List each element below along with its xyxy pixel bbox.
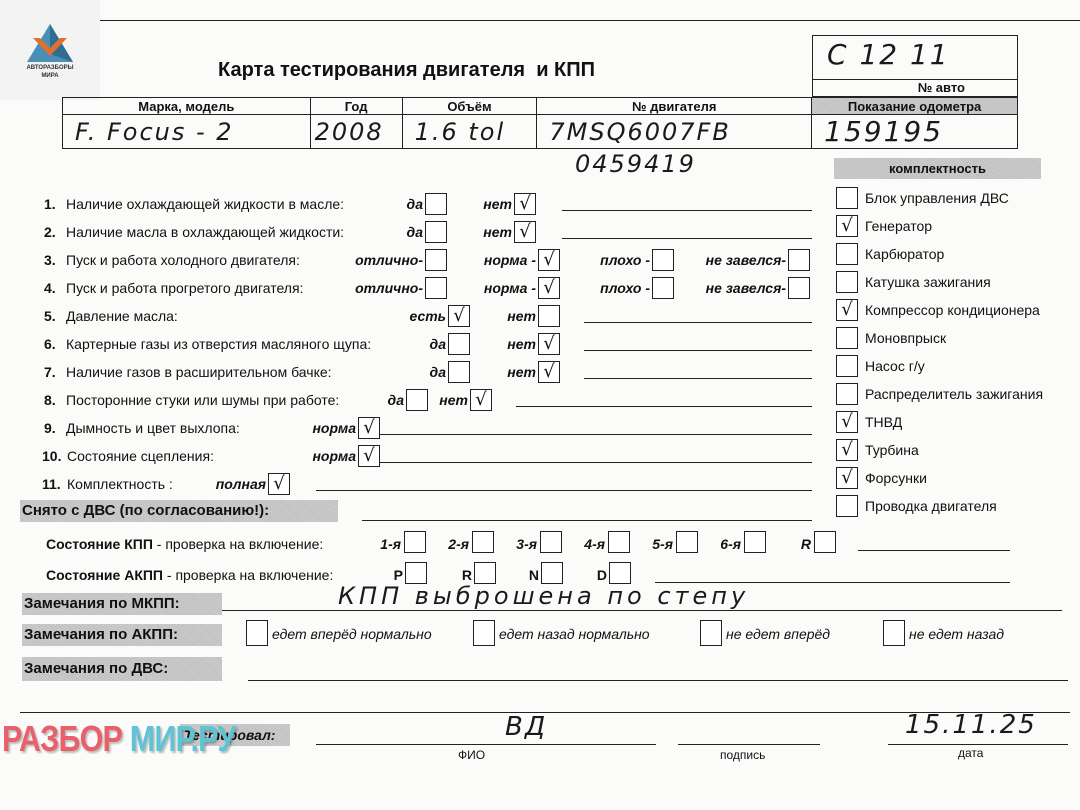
gear-label: 1-я (380, 536, 401, 552)
completeness-checkbox[interactable] (836, 495, 858, 517)
item-text: Состояние сцепления: (67, 448, 214, 464)
option-checkbox[interactable] (425, 193, 447, 215)
odometer-value: 159195 (812, 115, 1018, 149)
mode-checkbox[interactable] (474, 562, 496, 584)
remarks-manual-label: Замечания по МКПП: (22, 593, 222, 615)
gear-checkbox[interactable] (676, 531, 698, 553)
option-label: нет (483, 224, 512, 240)
date-line[interactable] (888, 744, 1068, 745)
mode-checkbox[interactable] (405, 562, 427, 584)
gear-label: 6-я (720, 536, 741, 552)
gear-checkbox[interactable] (814, 531, 836, 553)
completeness-checkbox[interactable] (836, 355, 858, 377)
mode-label: D (597, 567, 607, 583)
completeness-item-label: Катушка зажигания (865, 274, 991, 290)
item-number: 1. (44, 196, 56, 212)
option-checkbox[interactable] (788, 249, 810, 271)
option-checkbox[interactable]: √ (358, 417, 380, 439)
vehicle-info-table: Марка, модель Год Объём № двигателя Пока… (62, 97, 1018, 149)
remarks-manual-line (222, 610, 1062, 611)
signature-line[interactable] (678, 744, 820, 745)
item-text: Давление масла: (66, 308, 178, 324)
option-label: нет (507, 336, 536, 352)
option-checkbox[interactable]: √ (538, 249, 560, 271)
item-number: 11. (42, 476, 61, 492)
option-checkbox[interactable]: √ (268, 473, 290, 495)
comment-line[interactable] (584, 378, 812, 379)
gear-checkbox[interactable] (540, 531, 562, 553)
completeness-checkbox[interactable]: √ (836, 215, 858, 237)
gear-label: R (801, 536, 811, 552)
auto-gearbox-label: Состояние АКПП - проверка на включение: (46, 567, 333, 583)
remark-option-label: не едет вперёд (726, 626, 830, 642)
item-text: Комплектность : (67, 476, 173, 492)
car-id-box: C 12 11 № авто (812, 35, 1018, 97)
date-value: 15.11.25 (905, 710, 1037, 740)
remarks-manual-value[interactable]: КПП выброшена по степу (338, 582, 749, 610)
col-engine-header: № двигателя (537, 98, 812, 115)
completeness-item-label: Моновпрыск (865, 330, 946, 346)
item-number: 8. (44, 392, 56, 408)
name-line[interactable] (316, 744, 656, 745)
completeness-checkbox[interactable]: √ (836, 299, 858, 321)
item-text: Наличие охлаждающей жидкости в масле: (66, 196, 344, 212)
option-label: норма - (484, 252, 536, 268)
comment-line[interactable] (380, 434, 812, 435)
comment-line[interactable] (584, 322, 812, 323)
item-number: 2. (44, 224, 56, 240)
option-checkbox[interactable] (448, 361, 470, 383)
option-checkbox[interactable] (448, 333, 470, 355)
watermark-part2: МИР.РУ (130, 718, 236, 759)
remark-checkbox[interactable] (700, 620, 722, 646)
option-label: есть (409, 308, 446, 324)
completeness-item-label: Распределитель зажигания (865, 386, 1043, 402)
gear-label: 2-я (448, 536, 469, 552)
comment-line[interactable] (516, 406, 812, 407)
completeness-checkbox[interactable]: √ (836, 467, 858, 489)
gear-label: 5-я (652, 536, 673, 552)
completeness-item-label: Насос г/у (865, 358, 925, 374)
col-odometer-header: Показание одометра (812, 98, 1018, 115)
option-checkbox[interactable]: √ (538, 361, 560, 383)
year-value: 2008 (310, 115, 402, 149)
option-label: отлично- (355, 252, 423, 268)
name-caption: ФИО (458, 748, 485, 762)
top-rule (100, 20, 1080, 21)
option-checkbox[interactable] (406, 389, 428, 411)
col-year-header: Год (310, 98, 402, 115)
option-label: норма (312, 448, 356, 464)
item-text: Дымность и цвет выхлопа: (66, 420, 240, 436)
logo-line2: МИРА (0, 72, 100, 80)
watermark-part1: РАЗБОР (2, 718, 122, 759)
completeness-item-label: Форсунки (865, 470, 927, 486)
option-checkbox[interactable] (425, 249, 447, 271)
completeness-item-label: Карбюратор (865, 246, 944, 262)
option-label: да (407, 224, 423, 240)
gear-label: 4-я (584, 536, 605, 552)
remarks-engine-line[interactable] (248, 680, 1068, 681)
option-label: не завелся- (706, 280, 786, 296)
manual-gearbox-line[interactable] (858, 550, 1010, 551)
completeness-checkbox[interactable]: √ (836, 411, 858, 433)
completeness-item-label: Генератор (865, 218, 932, 234)
option-label: да (407, 196, 423, 212)
gear-checkbox[interactable] (608, 531, 630, 553)
completeness-item-label: Турбина (865, 442, 919, 458)
item-text: Наличие масла в охлаждающей жидкости: (66, 224, 344, 240)
completeness-item-label: Проводка двигателя (865, 498, 997, 514)
watermark: РАЗБОР МИР.РУ (2, 718, 236, 760)
comment-line[interactable] (562, 238, 812, 239)
completeness-title: комплектность (834, 158, 1041, 179)
comment-line[interactable] (562, 210, 812, 211)
item-text: Картерные газы из отверстия масляного щу… (66, 336, 371, 352)
completeness-checkbox[interactable] (836, 383, 858, 405)
mode-label: R (462, 567, 472, 583)
remarks-auto-label: Замечания по АКПП: (22, 624, 222, 646)
comment-line[interactable] (316, 490, 812, 491)
option-checkbox[interactable]: √ (538, 333, 560, 355)
option-label: норма (312, 420, 356, 436)
option-label: да (388, 392, 404, 408)
remark-option-label: едет назад нормально (499, 626, 650, 642)
remark-option-label: не едет назад (909, 626, 1004, 642)
mode-checkbox[interactable] (541, 562, 563, 584)
option-checkbox[interactable] (652, 277, 674, 299)
option-label: нет (507, 308, 536, 324)
mode-label: N (529, 567, 539, 583)
car-id-label: № авто (813, 79, 1017, 96)
option-checkbox[interactable] (538, 305, 560, 327)
signature-caption: подпись (720, 748, 765, 762)
item-text: Пуск и работа холодного двигателя: (66, 252, 300, 268)
item-number: 3. (44, 252, 56, 268)
item-number: 6. (44, 336, 56, 352)
option-label: нет (483, 196, 512, 212)
option-checkbox[interactable]: √ (514, 221, 536, 243)
mode-checkbox[interactable] (609, 562, 631, 584)
gear-label: 3-я (516, 536, 537, 552)
gear-checkbox[interactable] (472, 531, 494, 553)
completeness-checkbox[interactable] (836, 243, 858, 265)
option-checkbox[interactable]: √ (358, 445, 380, 467)
option-checkbox[interactable]: √ (448, 305, 470, 327)
item-text: Наличие газов в расширительном бачке: (66, 364, 332, 380)
option-checkbox[interactable]: √ (538, 277, 560, 299)
completeness-checkbox[interactable] (836, 327, 858, 349)
comment-line[interactable] (380, 462, 812, 463)
completeness-checkbox[interactable] (836, 271, 858, 293)
item-number: 9. (44, 420, 56, 436)
option-label: не завелся- (706, 252, 786, 268)
item-number: 4. (44, 280, 56, 296)
triangle-logo-icon (27, 24, 73, 62)
comment-line[interactable] (584, 350, 812, 351)
option-label: плохо - (600, 252, 650, 268)
name-value: ВД (505, 712, 547, 742)
option-checkbox[interactable]: √ (514, 193, 536, 215)
option-label: норма - (484, 280, 536, 296)
company-logo: АВТОРАЗБОРЫ МИРА (0, 0, 100, 100)
col-model-header: Марка, модель (63, 98, 311, 115)
remark-option-label: едет вперёд нормально (272, 626, 432, 642)
remark-checkbox[interactable] (246, 620, 268, 646)
item-number: 10. (42, 448, 61, 464)
model-value: F. Focus - 2 (63, 115, 311, 149)
gear-checkbox[interactable] (744, 531, 766, 553)
remark-checkbox[interactable] (473, 620, 495, 646)
option-label: да (430, 336, 446, 352)
option-checkbox[interactable] (788, 277, 810, 299)
page-title: Карта тестирования двигателя и КПП (218, 59, 595, 82)
item-number: 7. (44, 364, 56, 380)
completeness-checkbox[interactable]: √ (836, 439, 858, 461)
completeness-item-label: ТНВД (865, 414, 902, 430)
mode-label: P (394, 567, 403, 583)
option-label: плохо - (600, 280, 650, 296)
item-text: Посторонние стуки или шумы при работе: (66, 392, 339, 408)
option-checkbox[interactable]: √ (470, 389, 492, 411)
option-label: нет (439, 392, 468, 408)
completeness-item-label: Компрессор кондиционера (865, 302, 1040, 318)
col-volume-header: Объём (402, 98, 537, 115)
removed-label: Снято с ДВС (по согласованию!): (20, 500, 338, 522)
item-text: Пуск и работа прогретого двигателя: (66, 280, 303, 296)
gear-checkbox[interactable] (404, 531, 426, 553)
remarks-engine-label: Замечания по ДВС: (22, 657, 222, 681)
option-checkbox[interactable] (652, 249, 674, 271)
engine-no-extra: 0459419 (575, 150, 696, 178)
completeness-checkbox[interactable] (836, 187, 858, 209)
date-caption: дата (958, 746, 983, 760)
volume-value: 1.6 tol (402, 115, 537, 149)
option-label: да (430, 364, 446, 380)
option-label: полная (216, 476, 266, 492)
item-number: 5. (44, 308, 56, 324)
completeness-item-label: Блок управления ДВС (865, 190, 1009, 206)
car-id-value: C 12 11 (827, 38, 950, 71)
option-label: отлично- (355, 280, 423, 296)
option-checkbox[interactable] (425, 277, 447, 299)
removed-line[interactable] (362, 520, 812, 521)
option-checkbox[interactable] (425, 221, 447, 243)
logo-line1: АВТОРАЗБОРЫ (0, 64, 100, 72)
option-label: нет (507, 364, 536, 380)
manual-gearbox-label: Состояние КПП - проверка на включение: (46, 536, 323, 552)
engine-no-value: 7MSQ6007FB (537, 115, 812, 149)
remark-checkbox[interactable] (883, 620, 905, 646)
